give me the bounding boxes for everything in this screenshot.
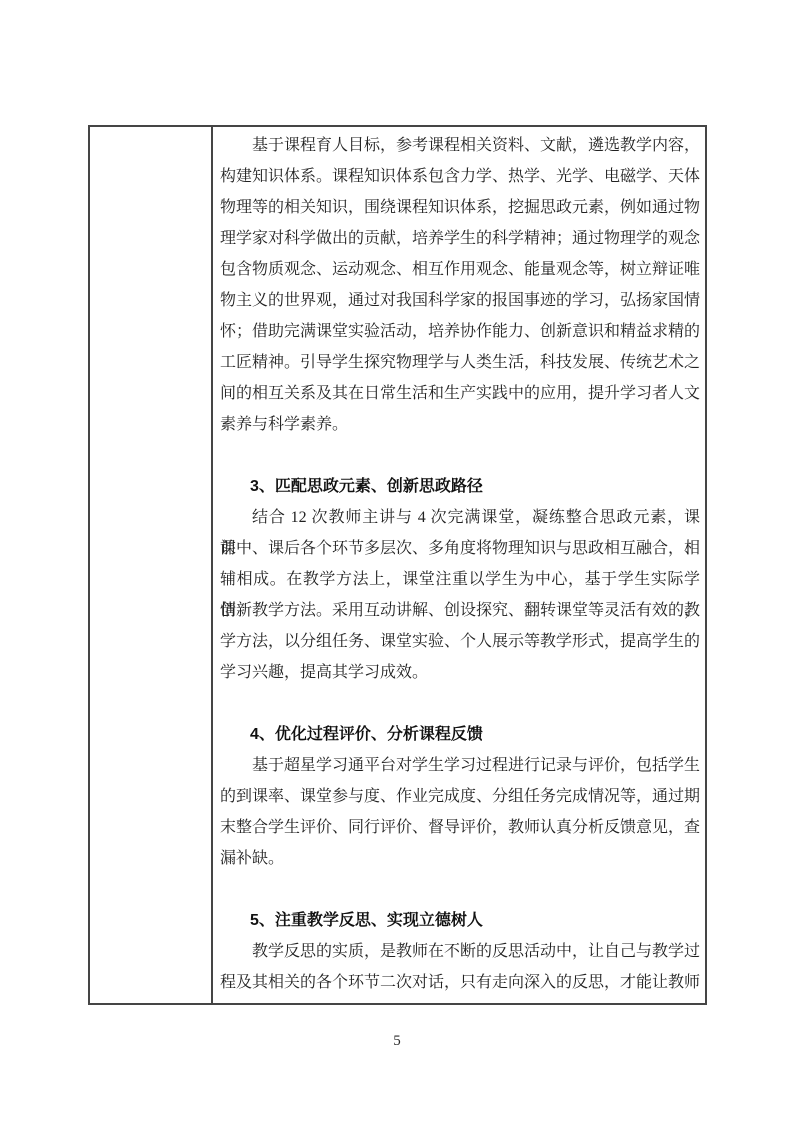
paragraph-line: 结合 12 次教师主讲与 4 次完满课堂，凝练整合思政元素，课前、 [220,502,700,533]
paragraph-line: 末整合学生评价、同行评价、督导评价，教师认真分析反馈意见，查 [220,812,700,843]
paragraph: 结合 12 次教师主讲与 4 次完满课堂，凝练整合思政元素，课前、课中、课后各个… [220,502,700,688]
paragraph-line: 学方法，以分组任务、课堂实验、个人展示等教学形式，提高学生的 [220,626,700,657]
page-number: 5 [0,1033,794,1050]
paragraph-line: 程及其相关的各个环节二次对话，只有走向深入的反思，才能让教师 [220,967,700,998]
content-blocks: 基于课程育人目标，参考课程相关资料、文献，遴选教学内容，构建知识体系。课程知识体… [220,130,700,998]
blank-line [220,874,700,905]
blank-line [220,440,700,471]
paragraph: 教学反思的实质，是教师在不断的反思活动中，让自己与教学过程及其相关的各个环节二次… [220,936,700,998]
table-left-cell [90,127,213,1003]
paragraph-line: 素养与科学素养。 [220,409,700,440]
paragraph-line: 物主义的世界观，通过对我国科学家的报国事迹的学习，弘扬家国情 [220,285,700,316]
paragraph-line: 理学家对科学做出的贡献，培养学生的科学精神；通过物理学的观念 [220,223,700,254]
paragraph-line: 课中、课后各个环节多层次、多角度将物理知识与思政相互融合，相 [220,533,700,564]
paragraph-line: 辅相成。在教学方法上，课堂注重以学生为中心，基于学生实际学情， [220,564,700,595]
section-heading: 5、注重教学反思、实现立德树人 [220,905,700,936]
paragraph-line: 基于超星学习通平台对学生学习过程进行记录与评价，包括学生 [220,750,700,781]
paragraph: 基于超星学习通平台对学生学习过程进行记录与评价，包括学生的到课率、课堂参与度、作… [220,750,700,874]
paragraph: 基于课程育人目标，参考课程相关资料、文献，遴选教学内容，构建知识体系。课程知识体… [220,130,700,440]
paragraph-line: 构建知识体系。课程知识体系包含力学、热学、光学、电磁学、天体 [220,161,700,192]
paragraph-line: 基于课程育人目标，参考课程相关资料、文献，遴选教学内容， [220,130,700,161]
section-heading: 4、优化过程评价、分析课程反馈 [220,719,700,750]
paragraph-line: 教学反思的实质，是教师在不断的反思活动中，让自己与教学过 [220,936,700,967]
paragraph-line: 物理等的相关知识，围绕课程知识体系，挖掘思政元素，例如通过物 [220,192,700,223]
blank-line [220,688,700,719]
content-table: 基于课程育人目标，参考课程相关资料、文献，遴选教学内容，构建知识体系。课程知识体… [88,125,707,1005]
table-content-cell: 基于课程育人目标，参考课程相关资料、文献，遴选教学内容，构建知识体系。课程知识体… [213,127,705,1003]
paragraph-line: 包含物质观念、运动观念、相互作用观念、能量观念等，树立辩证唯 [220,254,700,285]
paragraph-line: 创新教学方法。采用互动讲解、创设探究、翻转课堂等灵活有效的教 [220,595,700,626]
paragraph-line: 间的相互关系及其在日常生活和生产实践中的应用，提升学习者人文 [220,378,700,409]
paragraph-line: 漏补缺。 [220,843,700,874]
section-heading: 3、匹配思政元素、创新思政路径 [220,471,700,502]
paragraph-line: 的到课率、课堂参与度、作业完成度、分组任务完成情况等，通过期 [220,781,700,812]
paragraph-line: 工匠精神。引导学生探究物理学与人类生活，科技发展、传统艺术之 [220,347,700,378]
paragraph-line: 怀；借助完满课堂实验活动，培养协作能力、创新意识和精益求精的 [220,316,700,347]
paragraph-line: 学习兴趣，提高其学习成效。 [220,657,700,688]
